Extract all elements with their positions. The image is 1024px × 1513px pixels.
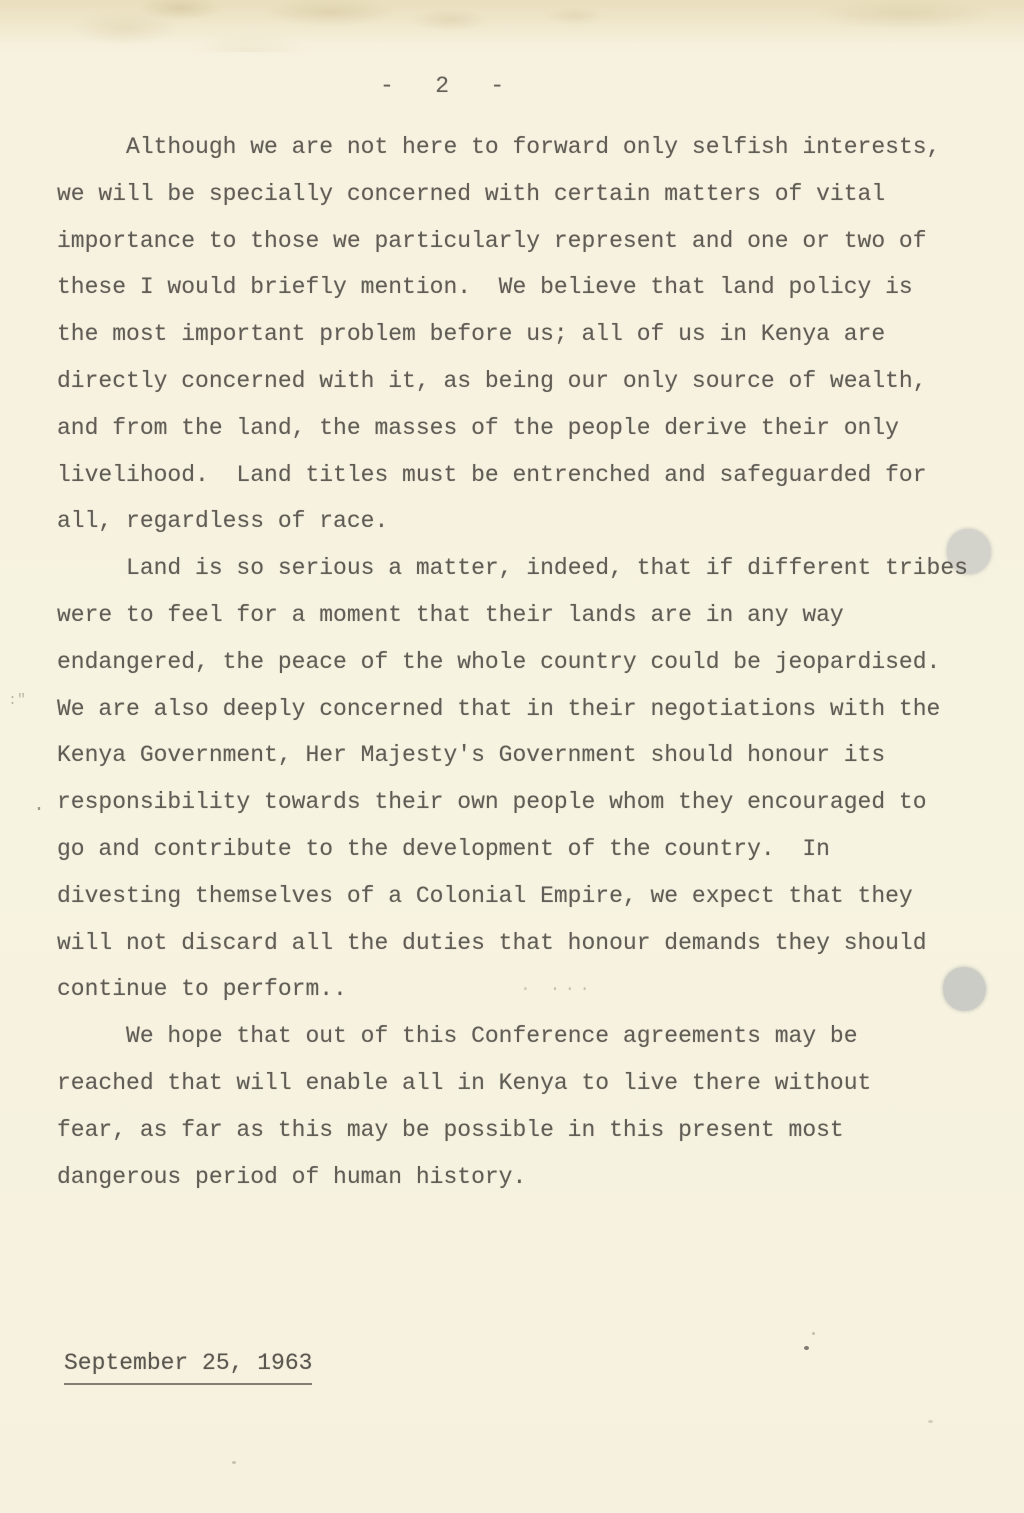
scanned-document-page: - 2 - Although we are not here to forwar… [0,0,1024,1513]
scan-edge-artifact [0,0,1024,52]
paragraph-1: Although we are not here to forward only… [57,124,1002,545]
date-line: September 25, 1963 [64,1346,312,1385]
paragraph-3: We hope that out of this Conference agre… [57,1013,1002,1200]
page-number: - 2 - [380,63,504,109]
ink-speck [928,1420,933,1423]
ink-speck [812,1332,815,1335]
paragraph-2: Land is so serious a matter, indeed, tha… [57,545,1002,1013]
faint-ink-marks: . ... [520,976,594,996]
document-body: Although we are not here to forward only… [57,124,1002,1200]
margin-dot: . [33,794,45,817]
ink-speck [232,1461,236,1464]
margin-mark: :" [8,692,26,709]
ink-speck [804,1346,809,1350]
